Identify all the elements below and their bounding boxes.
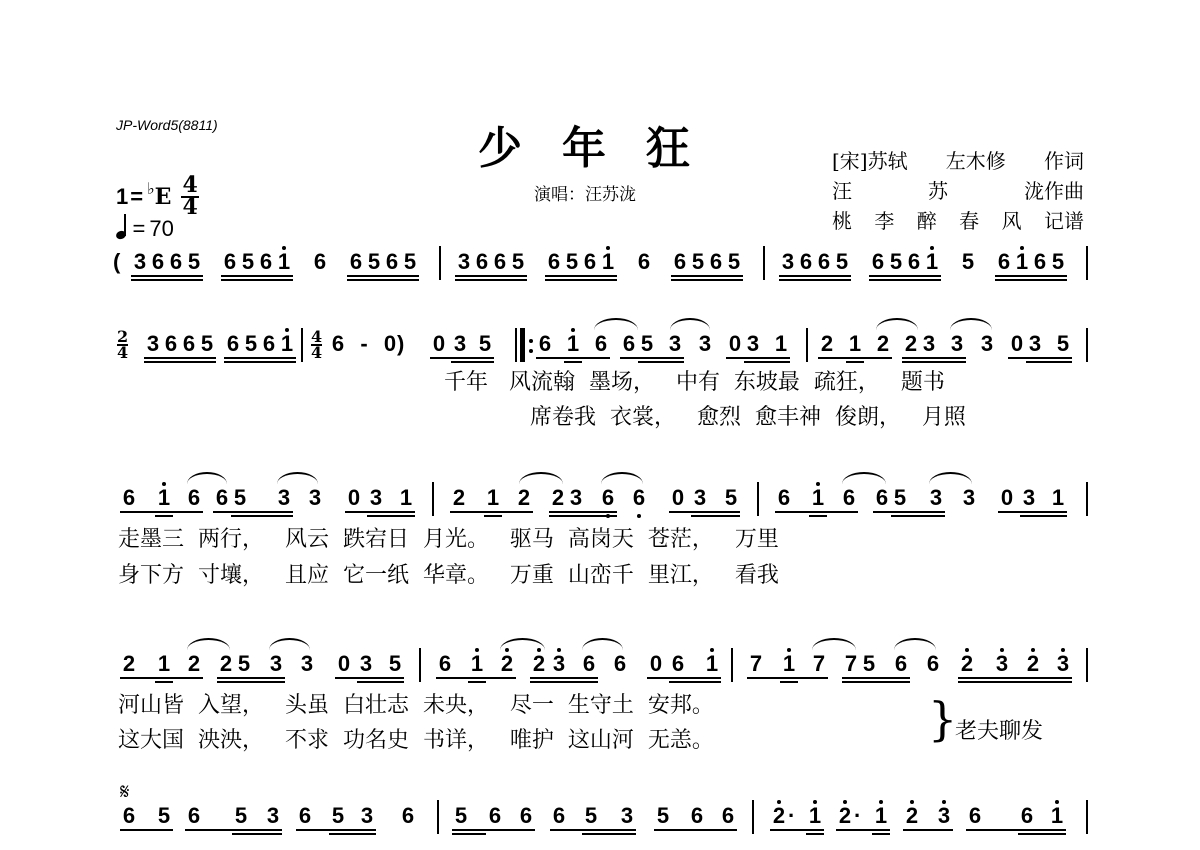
note: 1 bbox=[564, 333, 582, 355]
note: 6 bbox=[630, 487, 648, 509]
note: 1 bbox=[809, 487, 827, 509]
beam-underline bbox=[891, 515, 945, 517]
note: 6 bbox=[1031, 251, 1049, 273]
note: 3 bbox=[666, 333, 684, 355]
note: 1 bbox=[278, 333, 296, 355]
song-title: 少年狂 bbox=[478, 112, 730, 176]
beam-underline bbox=[582, 829, 636, 831]
tie-slur bbox=[950, 318, 992, 330]
beam-underline bbox=[846, 357, 864, 359]
note: 6 bbox=[869, 251, 887, 273]
note: 0 bbox=[726, 333, 744, 355]
lyric-line-2: 这大国 泱泱， 不求 功名史 书详， 唯护 这山河 无恙。 bbox=[118, 729, 714, 753]
note: 3 bbox=[696, 333, 714, 355]
note: 3 bbox=[993, 653, 1011, 675]
beam-underline bbox=[1020, 511, 1067, 513]
beam-underline bbox=[155, 681, 173, 683]
note: 6 bbox=[473, 251, 491, 273]
key-note: E bbox=[155, 184, 172, 210]
note: 1 bbox=[703, 653, 721, 675]
barline bbox=[439, 246, 441, 280]
note: 1 bbox=[780, 653, 798, 675]
beam-underline bbox=[232, 829, 282, 831]
note: 6 bbox=[347, 251, 365, 273]
beam-underline bbox=[842, 677, 860, 679]
barline bbox=[731, 648, 733, 682]
note: 6 bbox=[120, 487, 138, 509]
lyric-line-1: 走墨三 两行， 风云 跌宕日 月光。 驱马 高岗天 苍茫， 万里 bbox=[118, 528, 779, 552]
repeat-dot bbox=[529, 349, 533, 353]
note: 0 bbox=[335, 653, 353, 675]
note: 6 bbox=[775, 487, 793, 509]
note: 3 bbox=[779, 251, 797, 273]
octave-up-dot bbox=[606, 246, 610, 250]
tempo-marking: = 70 bbox=[116, 216, 174, 242]
note: 6 bbox=[611, 653, 629, 675]
beam-underline bbox=[564, 361, 582, 363]
lyric-line-2: 席卷我 衣裳， 愈烈 愈丰神 俊朗， 月照 bbox=[530, 406, 966, 430]
tempo-equals: = bbox=[133, 216, 146, 242]
note: 5 bbox=[833, 251, 851, 273]
note: 3 bbox=[1026, 333, 1044, 355]
beam-underline bbox=[367, 511, 415, 513]
credits-block: [宋]苏轼 左木修 作词 汪 苏 泷作曲 桃 李 醉 春 风 记谱 bbox=[832, 146, 1084, 236]
note: 6 bbox=[296, 805, 314, 827]
note: 2 bbox=[515, 487, 533, 509]
note: 3 bbox=[306, 487, 324, 509]
beam-underline bbox=[144, 357, 216, 359]
transcriber-char: 醉 bbox=[917, 206, 937, 236]
lyricist-credit: [宋]苏轼 左木修 作词 bbox=[832, 146, 1084, 176]
beam-underline bbox=[744, 361, 790, 363]
notation-symbol: ) bbox=[397, 333, 404, 355]
note: 5 bbox=[959, 251, 977, 273]
note: 6 bbox=[599, 487, 617, 509]
octave-up-dot bbox=[942, 800, 946, 804]
beam-underline bbox=[549, 511, 567, 513]
note: 5 bbox=[231, 487, 249, 509]
lyric-line-2: 身下方 寸壤， 且应 它一纸 华章。 万重 山峦千 里江， 看我 bbox=[118, 564, 779, 588]
note: 3 bbox=[451, 333, 469, 355]
beam-underline bbox=[357, 681, 404, 683]
note: 6 bbox=[383, 251, 401, 273]
octave-up-dot bbox=[965, 648, 969, 652]
tie-slur bbox=[187, 472, 227, 484]
beam-underline bbox=[567, 515, 617, 517]
note: 2 bbox=[958, 653, 976, 675]
note: 3 bbox=[978, 333, 996, 355]
note: 2 bbox=[217, 653, 235, 675]
note: 2 bbox=[836, 805, 854, 827]
note: 3 bbox=[927, 487, 945, 509]
note: 5 bbox=[1049, 251, 1067, 273]
tie-slur bbox=[929, 472, 972, 484]
tie-slur bbox=[876, 318, 918, 330]
note: 0 bbox=[345, 487, 363, 509]
note: 6 bbox=[688, 805, 706, 827]
note: 6 bbox=[707, 251, 725, 273]
note: 5 bbox=[725, 251, 743, 273]
barline bbox=[1086, 800, 1088, 834]
beam-underline bbox=[744, 357, 790, 359]
beam-underline bbox=[235, 681, 285, 683]
note: 7 bbox=[810, 653, 828, 675]
tie-slur bbox=[187, 638, 230, 650]
beam-underline bbox=[545, 279, 617, 281]
beam-underline bbox=[451, 357, 494, 359]
beam-underline bbox=[654, 829, 737, 831]
note: 6 bbox=[592, 333, 610, 355]
lyric-line-1: 河山皆 入望， 头虽 白壮志 未央， 尽一 生守土 安邦。 bbox=[118, 694, 714, 718]
octave-up-dot bbox=[1031, 648, 1035, 652]
note: 6 bbox=[162, 333, 180, 355]
octave-up-dot bbox=[787, 648, 791, 652]
note: - bbox=[355, 333, 373, 355]
lyric-line-1: 千年 风流翰 墨场， 中有 东坡最 疏狂， 题书 bbox=[444, 371, 945, 395]
beam-underline bbox=[1018, 829, 1066, 831]
note: 3 bbox=[367, 487, 385, 509]
beam-underline bbox=[869, 279, 941, 281]
note: 2 bbox=[770, 805, 788, 827]
transcriber-credit: 桃 李 醉 春 风 记谱 bbox=[832, 206, 1084, 236]
barline bbox=[1086, 246, 1088, 280]
note: 0 bbox=[647, 653, 665, 675]
software-watermark: JP-Word5(8811) bbox=[116, 117, 218, 133]
beam-underline bbox=[995, 279, 1067, 281]
beam-underline bbox=[235, 677, 285, 679]
beam-underline bbox=[891, 511, 945, 513]
composer-char-1: 汪 bbox=[832, 176, 852, 206]
beam-underline bbox=[455, 275, 527, 277]
beam-underline bbox=[217, 681, 235, 683]
beam-underline bbox=[484, 511, 502, 513]
note: 5 bbox=[654, 805, 672, 827]
beam-underline bbox=[357, 677, 404, 679]
note: 6 bbox=[924, 653, 942, 675]
note: 1 bbox=[468, 653, 486, 675]
beam-underline bbox=[860, 677, 910, 679]
octave-up-dot bbox=[879, 800, 883, 804]
beam-underline bbox=[155, 515, 173, 517]
beam-underline bbox=[920, 357, 966, 359]
note: 3 bbox=[267, 653, 285, 675]
note: 1 bbox=[806, 805, 824, 827]
note: 6 bbox=[486, 805, 504, 827]
beam-underline bbox=[920, 361, 966, 363]
beam-underline bbox=[903, 829, 953, 831]
note: 1 bbox=[846, 333, 864, 355]
note: 0 bbox=[1008, 333, 1026, 355]
composer-credit: 汪 苏 泷作曲 bbox=[832, 176, 1084, 206]
note: 3 bbox=[1054, 653, 1072, 675]
note: 5 bbox=[582, 805, 600, 827]
note: 3 bbox=[298, 653, 316, 675]
note: 6 bbox=[873, 487, 891, 509]
transcriber-char: 春 bbox=[959, 206, 979, 236]
note: 6 bbox=[180, 333, 198, 355]
beam-underline bbox=[484, 515, 502, 517]
note: 7 bbox=[747, 653, 765, 675]
note: 3 bbox=[264, 805, 282, 827]
transcriber-role: 记谱 bbox=[1044, 206, 1084, 236]
notation-symbol: · bbox=[788, 805, 795, 827]
beam-underline bbox=[221, 279, 293, 281]
note: 3 bbox=[357, 653, 375, 675]
beam-underline bbox=[567, 511, 617, 513]
note: 6 bbox=[620, 333, 638, 355]
beam-underline bbox=[582, 833, 636, 835]
beam-underline bbox=[232, 833, 282, 835]
beam-underline bbox=[995, 275, 1067, 277]
octave-up-dot bbox=[1055, 800, 1059, 804]
beam-underline bbox=[530, 681, 550, 683]
flat-icon: ♭ bbox=[147, 179, 155, 199]
note: 5 bbox=[1054, 333, 1072, 355]
note: 5 bbox=[198, 333, 216, 355]
note: 5 bbox=[638, 333, 656, 355]
note: 1 bbox=[397, 487, 415, 509]
note: 6 bbox=[581, 251, 599, 273]
beam-underline bbox=[347, 275, 419, 277]
beam-underline bbox=[231, 511, 293, 513]
note: 6 bbox=[221, 251, 239, 273]
octave-up-dot bbox=[285, 328, 289, 332]
note: 6 bbox=[185, 487, 203, 509]
note: 1 bbox=[155, 653, 173, 675]
note: 1 bbox=[1013, 251, 1031, 273]
note: 2 bbox=[498, 653, 516, 675]
ts-den: 4 bbox=[117, 346, 128, 360]
barline bbox=[806, 328, 808, 362]
beam-underline bbox=[809, 511, 827, 513]
beam-underline bbox=[669, 681, 721, 683]
note: 6 bbox=[719, 805, 737, 827]
note: 6 bbox=[167, 251, 185, 273]
tie-slur bbox=[842, 472, 886, 484]
note: 3 bbox=[144, 333, 162, 355]
time-signature: 4 4 bbox=[181, 176, 198, 218]
notation-symbol: ( bbox=[113, 251, 120, 273]
note: 6 bbox=[580, 653, 598, 675]
beam-underline bbox=[231, 515, 293, 517]
beam-underline bbox=[902, 361, 920, 363]
tempo-bpm: 70 bbox=[149, 216, 173, 242]
note: 6 bbox=[892, 653, 910, 675]
beam-underline bbox=[638, 357, 684, 359]
beam-underline bbox=[958, 681, 1072, 683]
beam-underline bbox=[120, 829, 173, 831]
beam-underline bbox=[691, 511, 740, 513]
repeat-thick-bar bbox=[520, 328, 525, 362]
segno-icon: 𝄋 bbox=[120, 780, 129, 805]
note: 3 bbox=[550, 653, 568, 675]
beam-underline bbox=[869, 275, 941, 277]
inline-time-signature: 24 bbox=[117, 330, 128, 360]
beam-underline bbox=[780, 677, 798, 679]
note: 6 bbox=[905, 251, 923, 273]
note: 0 bbox=[430, 333, 448, 355]
note: 0 bbox=[669, 487, 687, 509]
note: 1 bbox=[1048, 805, 1066, 827]
barline bbox=[763, 246, 765, 280]
note: 2 bbox=[450, 487, 468, 509]
beam-underline bbox=[131, 279, 203, 281]
beam-underline bbox=[530, 677, 550, 679]
beam-underline bbox=[452, 829, 486, 831]
tie-slur bbox=[601, 472, 643, 484]
note: 3 bbox=[131, 251, 149, 273]
beam-underline bbox=[549, 515, 567, 517]
note: 6 bbox=[550, 805, 568, 827]
tie-slur bbox=[670, 318, 710, 330]
note: 3 bbox=[567, 487, 585, 509]
tie-slur bbox=[519, 472, 563, 484]
note: 3 bbox=[358, 805, 376, 827]
transcriber-char: 风 bbox=[1002, 206, 1022, 236]
note: 3 bbox=[691, 487, 709, 509]
quarter-note-stem bbox=[124, 214, 126, 236]
beam-underline bbox=[691, 515, 740, 517]
beam-underline bbox=[846, 361, 864, 363]
beam-underline bbox=[1020, 515, 1067, 517]
note: 5 bbox=[239, 251, 257, 273]
octave-up-dot bbox=[557, 648, 561, 652]
note: 5 bbox=[155, 805, 173, 827]
note: 5 bbox=[887, 251, 905, 273]
note: 1 bbox=[275, 251, 293, 273]
time-sig-denominator: 4 bbox=[182, 198, 197, 218]
beam-underline bbox=[1018, 833, 1066, 835]
note: 2 bbox=[818, 333, 836, 355]
inline-time-signature: 44 bbox=[311, 330, 322, 360]
note: 6 bbox=[260, 333, 278, 355]
note: 6 bbox=[966, 805, 984, 827]
note: 2 bbox=[120, 653, 138, 675]
barline bbox=[419, 648, 421, 682]
key-equals: = bbox=[130, 184, 143, 210]
beam-underline bbox=[638, 361, 684, 363]
side-lyric: 老夫聊发 bbox=[955, 720, 1043, 744]
beam-underline bbox=[806, 829, 824, 831]
beam-underline bbox=[550, 677, 598, 679]
note: 2 bbox=[874, 333, 892, 355]
beam-underline bbox=[902, 357, 920, 359]
key-tonic: 1 bbox=[116, 184, 128, 210]
octave-up-dot bbox=[710, 648, 714, 652]
note: 5 bbox=[235, 653, 253, 675]
note: 6 bbox=[149, 251, 167, 273]
note: 5 bbox=[401, 251, 419, 273]
note: 6 bbox=[545, 251, 563, 273]
note: 3 bbox=[920, 333, 938, 355]
beam-underline bbox=[144, 361, 216, 363]
beam-underline bbox=[564, 357, 582, 359]
barline bbox=[1086, 328, 1088, 362]
note: 6 bbox=[257, 251, 275, 273]
beam-underline bbox=[806, 833, 824, 835]
octave-up-dot bbox=[777, 800, 781, 804]
octave-up-dot bbox=[571, 328, 575, 332]
composer-char-2: 苏 bbox=[928, 176, 948, 206]
note: 5 bbox=[185, 251, 203, 273]
barline bbox=[757, 482, 759, 516]
note: 1 bbox=[484, 487, 502, 509]
note: 6 bbox=[213, 487, 231, 509]
barline bbox=[437, 800, 439, 834]
note: 5 bbox=[386, 653, 404, 675]
beam-underline bbox=[329, 833, 376, 835]
note: 5 bbox=[891, 487, 909, 509]
note: 5 bbox=[563, 251, 581, 273]
note: 6 bbox=[185, 805, 203, 827]
octave-up-dot bbox=[475, 648, 479, 652]
lyricist-1: [宋]苏轼 bbox=[832, 146, 908, 176]
note: 5 bbox=[509, 251, 527, 273]
note: 2 bbox=[1024, 653, 1042, 675]
tie-slur bbox=[812, 638, 856, 650]
beam-underline bbox=[958, 677, 1072, 679]
note: 5 bbox=[365, 251, 383, 273]
note: 6 bbox=[536, 333, 554, 355]
beam-underline bbox=[780, 681, 798, 683]
note: 6 bbox=[120, 805, 138, 827]
note: 5 bbox=[689, 251, 707, 273]
octave-up-dot bbox=[282, 246, 286, 250]
ts-den: 4 bbox=[311, 346, 322, 360]
note: 6 bbox=[815, 251, 833, 273]
notation-symbol: · bbox=[854, 805, 861, 827]
octave-up-dot bbox=[1020, 246, 1024, 250]
beam-underline bbox=[809, 515, 827, 517]
note: 1 bbox=[1049, 487, 1067, 509]
beam-underline bbox=[671, 275, 743, 277]
transcriber-char: 桃 bbox=[832, 206, 852, 236]
beam-underline bbox=[468, 681, 486, 683]
brace-icon: } bbox=[928, 696, 957, 742]
beam-underline bbox=[367, 515, 415, 517]
singer-credit: 演唱：汪苏泷 bbox=[534, 180, 636, 205]
beam-underline bbox=[451, 361, 494, 363]
beam-underline bbox=[1026, 357, 1072, 359]
note: 3 bbox=[618, 805, 636, 827]
beam-underline bbox=[1026, 361, 1072, 363]
note: 6 bbox=[797, 251, 815, 273]
note: 2 bbox=[902, 333, 920, 355]
note: 5 bbox=[232, 805, 250, 827]
barline bbox=[1086, 482, 1088, 516]
note: 6 bbox=[671, 251, 689, 273]
beam-underline bbox=[224, 361, 296, 363]
octave-up-dot bbox=[816, 482, 820, 486]
tie-slur bbox=[594, 318, 638, 330]
note: 3 bbox=[744, 333, 762, 355]
note: 1 bbox=[599, 251, 617, 273]
tie-slur bbox=[582, 638, 623, 650]
barline bbox=[301, 328, 303, 362]
beam-underline bbox=[545, 275, 617, 277]
note: 6 bbox=[399, 805, 417, 827]
note: 6 bbox=[669, 653, 687, 675]
tie-slur bbox=[500, 638, 545, 650]
note: 5 bbox=[242, 333, 260, 355]
beam-underline bbox=[221, 275, 293, 277]
beam-underline bbox=[329, 829, 376, 831]
lyricist-role: 作词 bbox=[1044, 146, 1084, 176]
note: 1 bbox=[923, 251, 941, 273]
note: 1 bbox=[872, 805, 890, 827]
note: 3 bbox=[935, 805, 953, 827]
beam-underline bbox=[550, 681, 598, 683]
